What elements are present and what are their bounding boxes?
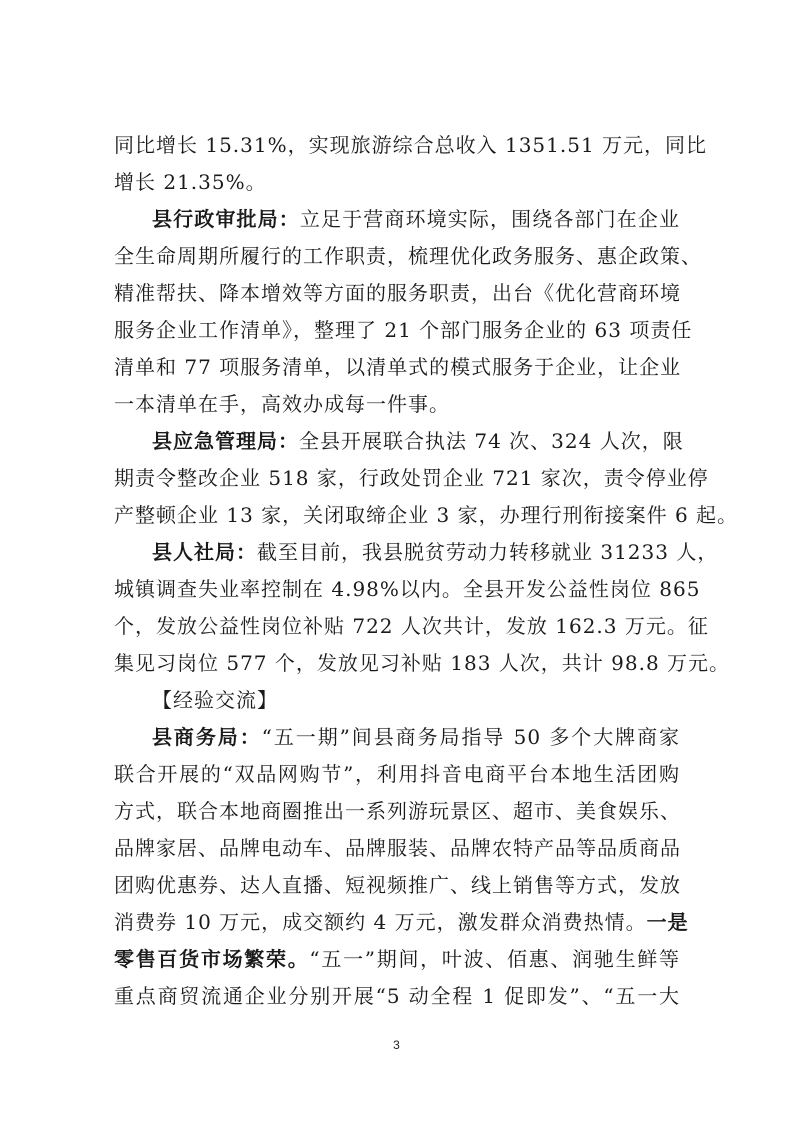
bold-heading-text: 零售百货市场繁荣。 [114, 947, 309, 971]
body-text-segment: 精准帮扶、降本增效等方面的服务职责，出台《优化营商环境 [114, 281, 681, 305]
text-line: 精准帮扶、降本增效等方面的服务职责，出台《优化营商环境 [114, 278, 680, 308]
body-text-segment: 集见习岗位 577 个，发放见习补贴 183 人次，共计 98.8 万元。 [114, 651, 730, 675]
body-text-segment: 全县开展联合执法 74 次、324 人次，限 [299, 429, 684, 453]
text-line: 一本清单在手，高效办成每一件事。 [114, 389, 680, 419]
text-line: 县应急管理局：全县开展联合执法 74 次、324 人次，限 [152, 426, 680, 456]
text-line: 团购优惠券、达人直播、短视频推广、线上销售等方式，发放 [114, 870, 680, 900]
body-text-segment: 方式，联合本地商圈推出一系列游玩景区、超市、美食娱乐、 [114, 799, 681, 823]
bold-heading-text: 一是 [647, 910, 689, 934]
text-line: 产整顿企业 13 家，关闭取缔企业 3 家，办理行刑衔接案件 6 起。 [114, 500, 680, 530]
page-number: 3 [0, 1038, 793, 1052]
bold-heading-text: 县行政审批局： [152, 207, 300, 231]
body-text-segment: 品牌家居、品牌电动车、品牌服装、品牌农特产品等品质商品 [114, 836, 681, 860]
text-line: 服务企业工作清单》，整理了 21 个部门服务企业的 63 项责任 [114, 315, 680, 345]
text-line: 全生命周期所履行的工作职责，梳理优化政务服务、惠企政策、 [114, 241, 680, 271]
text-line: 县行政审批局：立足于营商环境实际，围绕各部门在企业 [152, 204, 680, 234]
body-text-segment: 团购优惠券、达人直播、短视频推广、线上销售等方式，发放 [114, 873, 681, 897]
text-line: 期责令整改企业 518 家，行政处罚企业 721 家次，责令停业停 [114, 463, 680, 493]
text-line: 县人社局：截至目前，我县脱贫劳动力转移就业 31233 人， [152, 537, 680, 567]
body-text-segment: 一本清单在手，高效办成每一件事。 [114, 392, 450, 416]
text-line: 县商务局：“五一期”间县商务局指导 50 多个大牌商家 [152, 722, 680, 752]
body-text-segment: 城镇调查失业率控制在 4.98%以内。全县开发公益性岗位 865 [114, 577, 700, 601]
document-page: 同比增长 15.31%，实现旅游综合总收入 1351.51 万元，同比增长 21… [0, 0, 793, 1122]
text-line: 联合开展的“双品网购节”，利用抖音电商平台本地生活团购 [114, 759, 680, 789]
text-line: 集见习岗位 577 个，发放见习补贴 183 人次，共计 98.8 万元。 [114, 648, 680, 678]
bold-heading-text: 县应急管理局： [152, 429, 299, 453]
text-line: 重点商贸流通企业分别开展“5 动全程 1 促即发”、“五一大 [114, 981, 680, 1011]
body-text-segment: 全生命周期所履行的工作职责，梳理优化政务服务、惠企政策、 [114, 244, 702, 268]
body-text-segment: 期责令整改企业 518 家，行政处罚企业 721 家次，责令停业停 [114, 466, 709, 490]
body-text-segment: 消费券 10 万元，成交额约 4 万元，激发群众消费热情。 [114, 910, 647, 934]
body-text-segment: 服务企业工作清单》，整理了 21 个部门服务企业的 63 项责任 [114, 318, 692, 342]
body-text-segment: 清单和 77 项服务清单，以清单式的模式服务于企业，让企业 [114, 355, 681, 379]
bold-heading-text: 县人社局： [152, 540, 257, 564]
body-text-segment: 产整顿企业 13 家，关闭取缔企业 3 家，办理行刑衔接案件 6 起。 [114, 503, 738, 527]
body-text-segment: “五一”期间，叶波、佰惠、润驰生鲜等 [309, 947, 680, 971]
body-text-segment: 增长 21.35%。 [114, 170, 267, 194]
text-line: 方式，联合本地商圈推出一系列游玩景区、超市、美食娱乐、 [114, 796, 680, 826]
body-text-segment: 重点商贸流通企业分别开展“5 动全程 1 促即发”、“五一大 [114, 984, 680, 1008]
body-text-segment: 同比增长 15.31%，实现旅游综合总收入 1351.51 万元，同比 [114, 133, 707, 157]
text-line: 增长 21.35%。 [114, 167, 680, 197]
body-text-segment: “五一期”间县商务局指导 50 多个大牌商家 [262, 725, 680, 749]
bold-heading-text: 县商务局： [152, 725, 262, 749]
text-line: 同比增长 15.31%，实现旅游综合总收入 1351.51 万元，同比 [114, 130, 680, 160]
body-text-segment: 个，发放公益性岗位补贴 722 人次共计，发放 162.3 万元。征 [114, 614, 709, 638]
body-text-segment: 【经验交流】 [152, 688, 278, 712]
text-line: 消费券 10 万元，成交额约 4 万元，激发群众消费热情。一是 [114, 907, 680, 937]
body-text-segment: 联合开展的“双品网购节”，利用抖音电商平台本地生活团购 [114, 762, 680, 786]
text-line: 清单和 77 项服务清单，以清单式的模式服务于企业，让企业 [114, 352, 680, 382]
text-line: 城镇调查失业率控制在 4.98%以内。全县开发公益性岗位 865 [114, 574, 680, 604]
text-line: 品牌家居、品牌电动车、品牌服装、品牌农特产品等品质商品 [114, 833, 680, 863]
body-text-segment: 截至目前，我县脱贫劳动力转移就业 31233 人， [257, 540, 718, 564]
body-text-segment: 立足于营商环境实际，围绕各部门在企业 [300, 207, 680, 231]
text-line: 零售百货市场繁荣。“五一”期间，叶波、佰惠、润驰生鲜等 [114, 944, 680, 974]
text-line: 个，发放公益性岗位补贴 722 人次共计，发放 162.3 万元。征 [114, 611, 680, 641]
text-line: 【经验交流】 [152, 685, 680, 715]
